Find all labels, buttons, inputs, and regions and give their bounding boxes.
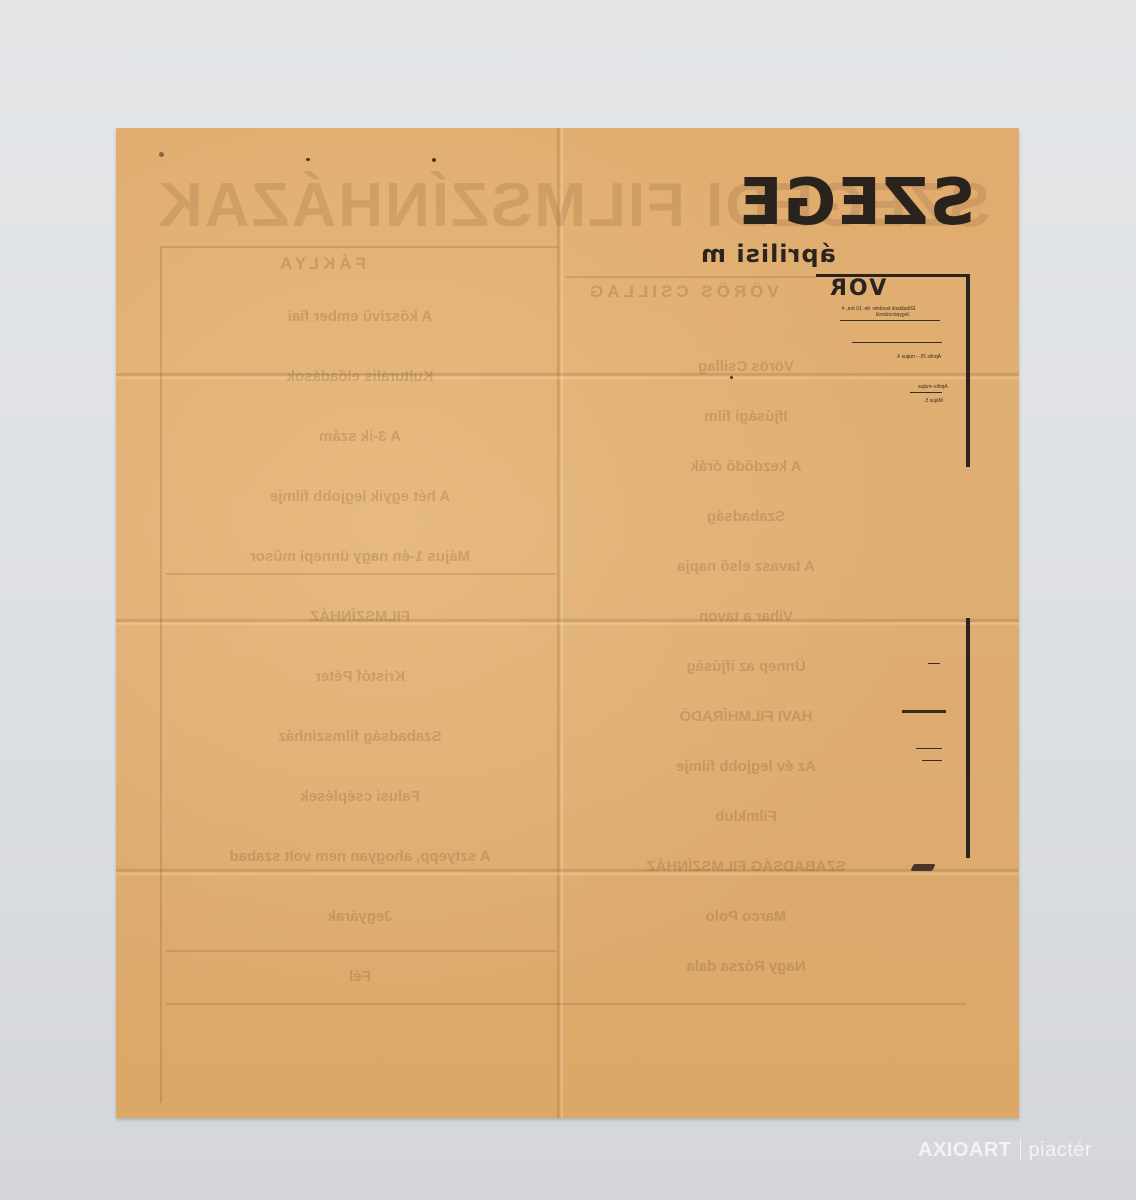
ghost-rule	[166, 950, 556, 952]
poster-title: SZEGE	[738, 166, 975, 240]
date-note: Április 25 – május 4.	[896, 354, 941, 360]
ghost-line: A sztyepp, ahogyan nem volt szabad	[229, 848, 490, 865]
ghost-line: Jegyárak	[327, 908, 392, 925]
venue-name: VÖR	[828, 276, 886, 301]
ghost-line: SZABADSÁG FILMSZÍNHÁZ	[646, 858, 845, 875]
venue-ghost: VÖRÖS CSILLAG	[586, 282, 779, 302]
note-rule	[928, 663, 940, 664]
spot	[159, 152, 164, 157]
left-heading-ghost: FÁKLYA	[276, 254, 366, 274]
poster-subtitle: áprilisi m	[700, 240, 836, 268]
note-rule	[916, 748, 942, 749]
ghost-line: A kezdődő órák	[690, 458, 801, 475]
note-rule	[852, 342, 942, 343]
watermark-brand: AXIOART	[918, 1139, 1012, 1161]
note-rule	[902, 710, 946, 713]
watermark-divider	[1020, 1138, 1021, 1160]
watermark: AXIOARTpiactér	[918, 1138, 1092, 1162]
ghost-line: A tavasz első napja	[677, 558, 815, 575]
ghost-line: Az év legjobb filmje	[676, 758, 816, 775]
venue-frame	[816, 274, 970, 467]
venue-frame-lower	[966, 618, 970, 858]
ghost-line: FILMSZÍNHÁZ	[310, 608, 410, 625]
ghost-line: Vörös Csillag	[698, 358, 794, 375]
spot	[306, 158, 310, 161]
spot	[432, 158, 436, 162]
note-rule	[840, 320, 940, 321]
ghost-line: A kőszívű ember fiai	[288, 308, 433, 325]
ghost-rule	[166, 573, 556, 575]
ghost-line: Ifjúsági film	[704, 408, 787, 425]
ghost-line: Ünnep az ifjúság	[686, 658, 805, 675]
poster-sheet: SZEGEDI FILMSZÍNHÁZAK FÁKLYA VÖRÖS CSILL…	[116, 128, 1019, 1118]
venue-note-2: Jegypénztárnál	[876, 312, 910, 318]
ghost-line: Kristóf Péter	[315, 668, 405, 685]
ghost-line: Szabadság	[707, 508, 785, 525]
ghost-line: HAVI FILMHÍRADÓ	[679, 708, 812, 725]
spot	[730, 376, 733, 379]
ghost-line: Vihar a tavon	[699, 608, 793, 625]
ghost-line: Filmklub	[715, 808, 777, 825]
ghost-line: Nagy Rózsa dala	[686, 958, 805, 975]
ghost-line: Falusi cséplések	[300, 788, 419, 805]
ghost-rule	[166, 1003, 966, 1005]
ghost-line: Május 1-én nagy ünnepi műsor	[250, 548, 470, 565]
note-rule	[922, 760, 942, 761]
ghost-line: Marco Polo	[706, 908, 787, 925]
ghost-line: Kulturális előadások	[287, 368, 434, 385]
ghost-line: A 3-ik szám	[319, 428, 401, 445]
ink-mark	[910, 864, 935, 871]
ghost-line: A hét egyik legjobb filmje	[270, 488, 450, 505]
note-rule	[910, 392, 942, 393]
watermark-section: piactér	[1029, 1139, 1093, 1161]
date-note: Április–május	[918, 384, 948, 390]
ghost-line: Fél	[349, 968, 371, 985]
date-note: Május 5.	[924, 398, 943, 404]
ghost-line: Szabadság filmszínház	[278, 728, 441, 745]
ghost-rule	[566, 276, 816, 278]
